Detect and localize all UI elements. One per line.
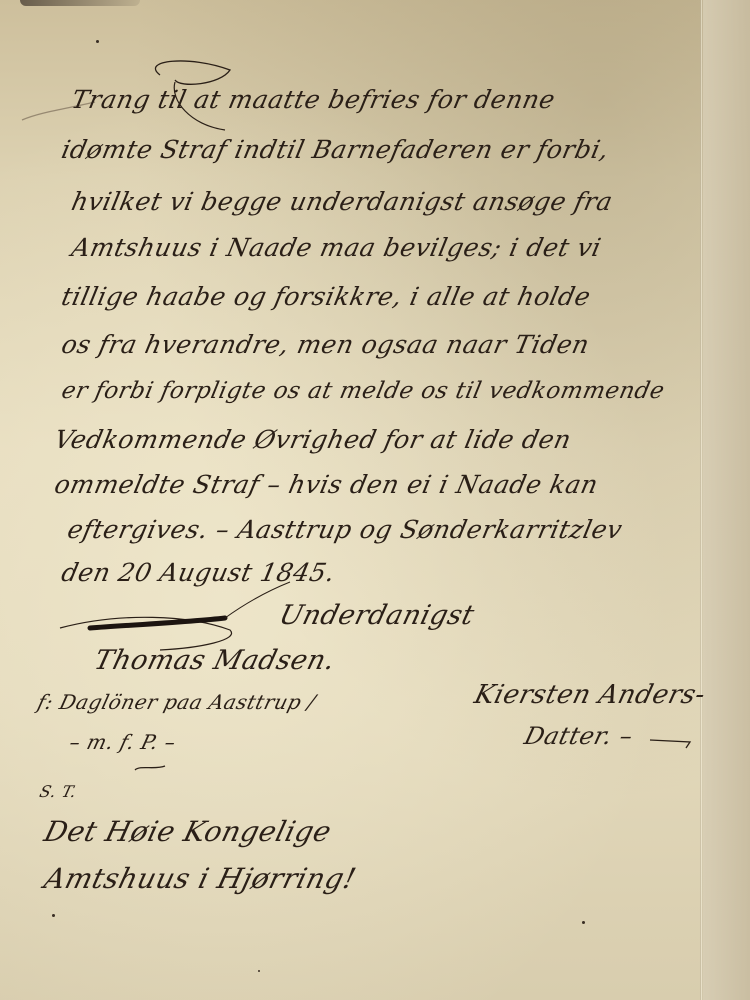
paper-fold-right-panel: [703, 0, 750, 1000]
body-line-10: eftergives. – Aasttrup og Sønderkarritzl…: [65, 515, 625, 544]
ink-speck: [52, 914, 55, 917]
signature-note-witness: – m. f. P. –: [67, 730, 179, 754]
paper-edge-shadow: [20, 0, 140, 6]
ink-speck: [96, 40, 99, 43]
body-line-8: Vedkommende Øvrighed for at lide den: [52, 425, 574, 454]
closing-underdanigst: Underdanigst: [276, 600, 477, 631]
signature-kiersten-andersdatter-1: Kiersten Anders-: [471, 680, 708, 710]
body-line-5: tillige haabe og forsikkre, i alle at ho…: [59, 282, 594, 311]
body-line-9: ommeldte Straf – hvis den ei i Naade kan: [52, 470, 601, 499]
address-line-2: Amtshuus i Hjørring!: [41, 862, 360, 895]
body-line-3: hvilket vi begge underdanigst ansøge fra: [69, 187, 615, 216]
body-line-6: os fra hverandre, men ogsaa naar Tiden: [59, 330, 592, 359]
address-line-1: Det Høie Kongelige: [41, 815, 335, 848]
body-line-7: er forbi forpligte os at melde os til ve…: [59, 378, 667, 404]
body-line-2: idømte Straf indtil Barnefaderen er forb…: [59, 135, 612, 164]
document-page: Trang til at maatte befries for denne id…: [0, 0, 750, 1000]
ink-speck: [258, 970, 260, 972]
body-line-4: Amtshuus i Naade maa bevilges; i det vi: [69, 233, 604, 262]
address-salutation: S. T.: [38, 782, 79, 801]
paper-fold-crease: [700, 0, 703, 1000]
signature-note-occupation: f: Daglöner paa Aasttrup /: [35, 690, 318, 714]
date-line: den 20 August 1845.: [59, 558, 338, 587]
signature-kiersten-andersdatter-2: Datter. –: [522, 722, 637, 750]
signature-thomas-madsen: Thomas Madsen.: [91, 645, 338, 676]
ink-speck: [582, 921, 585, 924]
body-line-1: Trang til at maatte befries for denne: [69, 85, 558, 114]
